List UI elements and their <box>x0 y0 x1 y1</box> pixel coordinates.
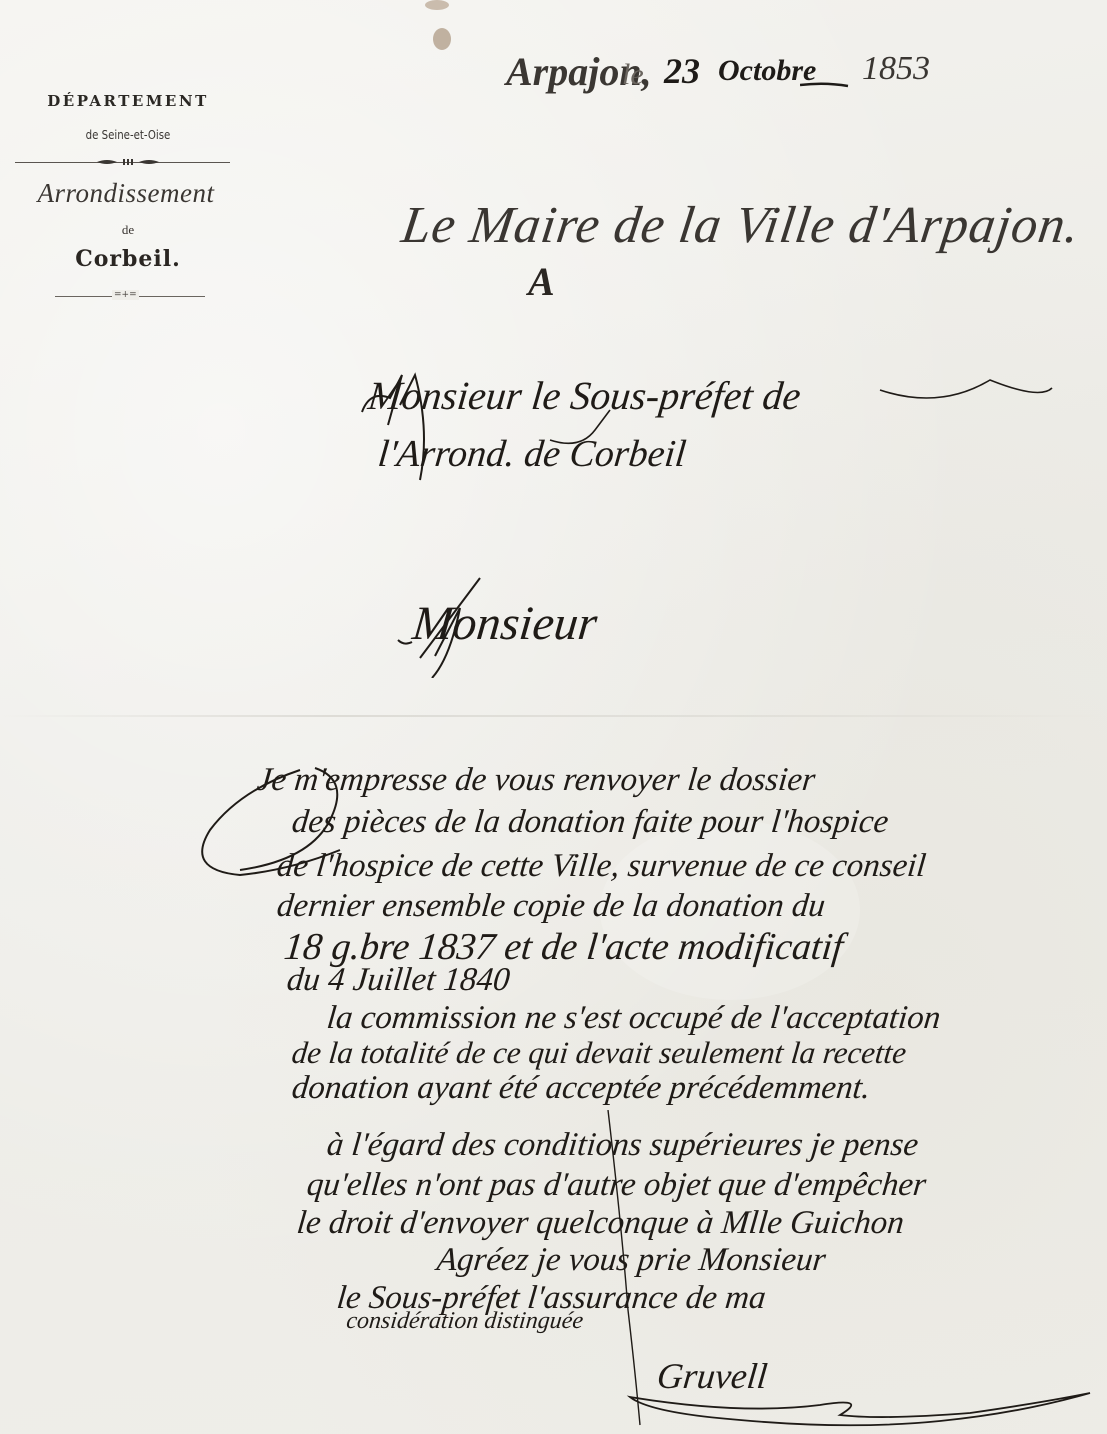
arrondissement-de: de <box>38 222 218 238</box>
bottom-ornament: =+= <box>112 290 139 300</box>
dateline-year: 1853 <box>862 50 930 88</box>
dateline-day: 23 <box>664 50 700 92</box>
paper-stain <box>425 0 449 10</box>
salutation: Monsieur <box>410 596 600 651</box>
signature-paraph-flourish <box>620 1385 1100 1434</box>
arrondissement-name: Corbeil. <box>38 246 218 272</box>
department-name: de Seine-et-Oise <box>52 128 205 142</box>
body-line: Je m'empresse de vous renvoyer le dossie… <box>255 762 817 799</box>
department-title: DÉPARTEMENT <box>38 92 218 110</box>
body-line: des pièces de la donation faite pour l'h… <box>290 804 890 841</box>
addressee-line-2: l'Arrond. de Corbeil <box>376 432 688 476</box>
paper-stain <box>433 28 451 50</box>
paper-crease <box>0 715 1107 717</box>
body-line: la commission ne s'est occupé de l'accep… <box>325 1000 942 1037</box>
month-underline-flourish <box>800 80 850 90</box>
body-line: dernier ensemble copie de la donation du <box>275 888 827 925</box>
addressee-line-1: Monsieur le Sous-préfet de <box>366 372 803 419</box>
dateline-le: le <box>622 58 644 92</box>
body-line: donation ayant été acceptée précédemment… <box>290 1070 872 1107</box>
body-line: de l'hospice de cette Ville, survenue de… <box>275 848 928 885</box>
to-prefix: A <box>528 258 555 305</box>
sender-heading: Le Maire de la Ville d'Arpajon. <box>398 196 1084 255</box>
body-line: du 4 Juillet 1840 <box>285 962 512 999</box>
divider-ornament-icon <box>95 157 161 167</box>
arrondissement-label: Arrondissement <box>6 178 246 209</box>
body-line: de la totalité de ce qui devait seulemen… <box>290 1035 908 1071</box>
body-line: considération distinguée <box>345 1308 584 1335</box>
vertical-pen-stroke <box>600 1110 650 1430</box>
letter-page: DÉPARTEMENT de Seine-et-Oise Arrondissem… <box>0 0 1107 1434</box>
